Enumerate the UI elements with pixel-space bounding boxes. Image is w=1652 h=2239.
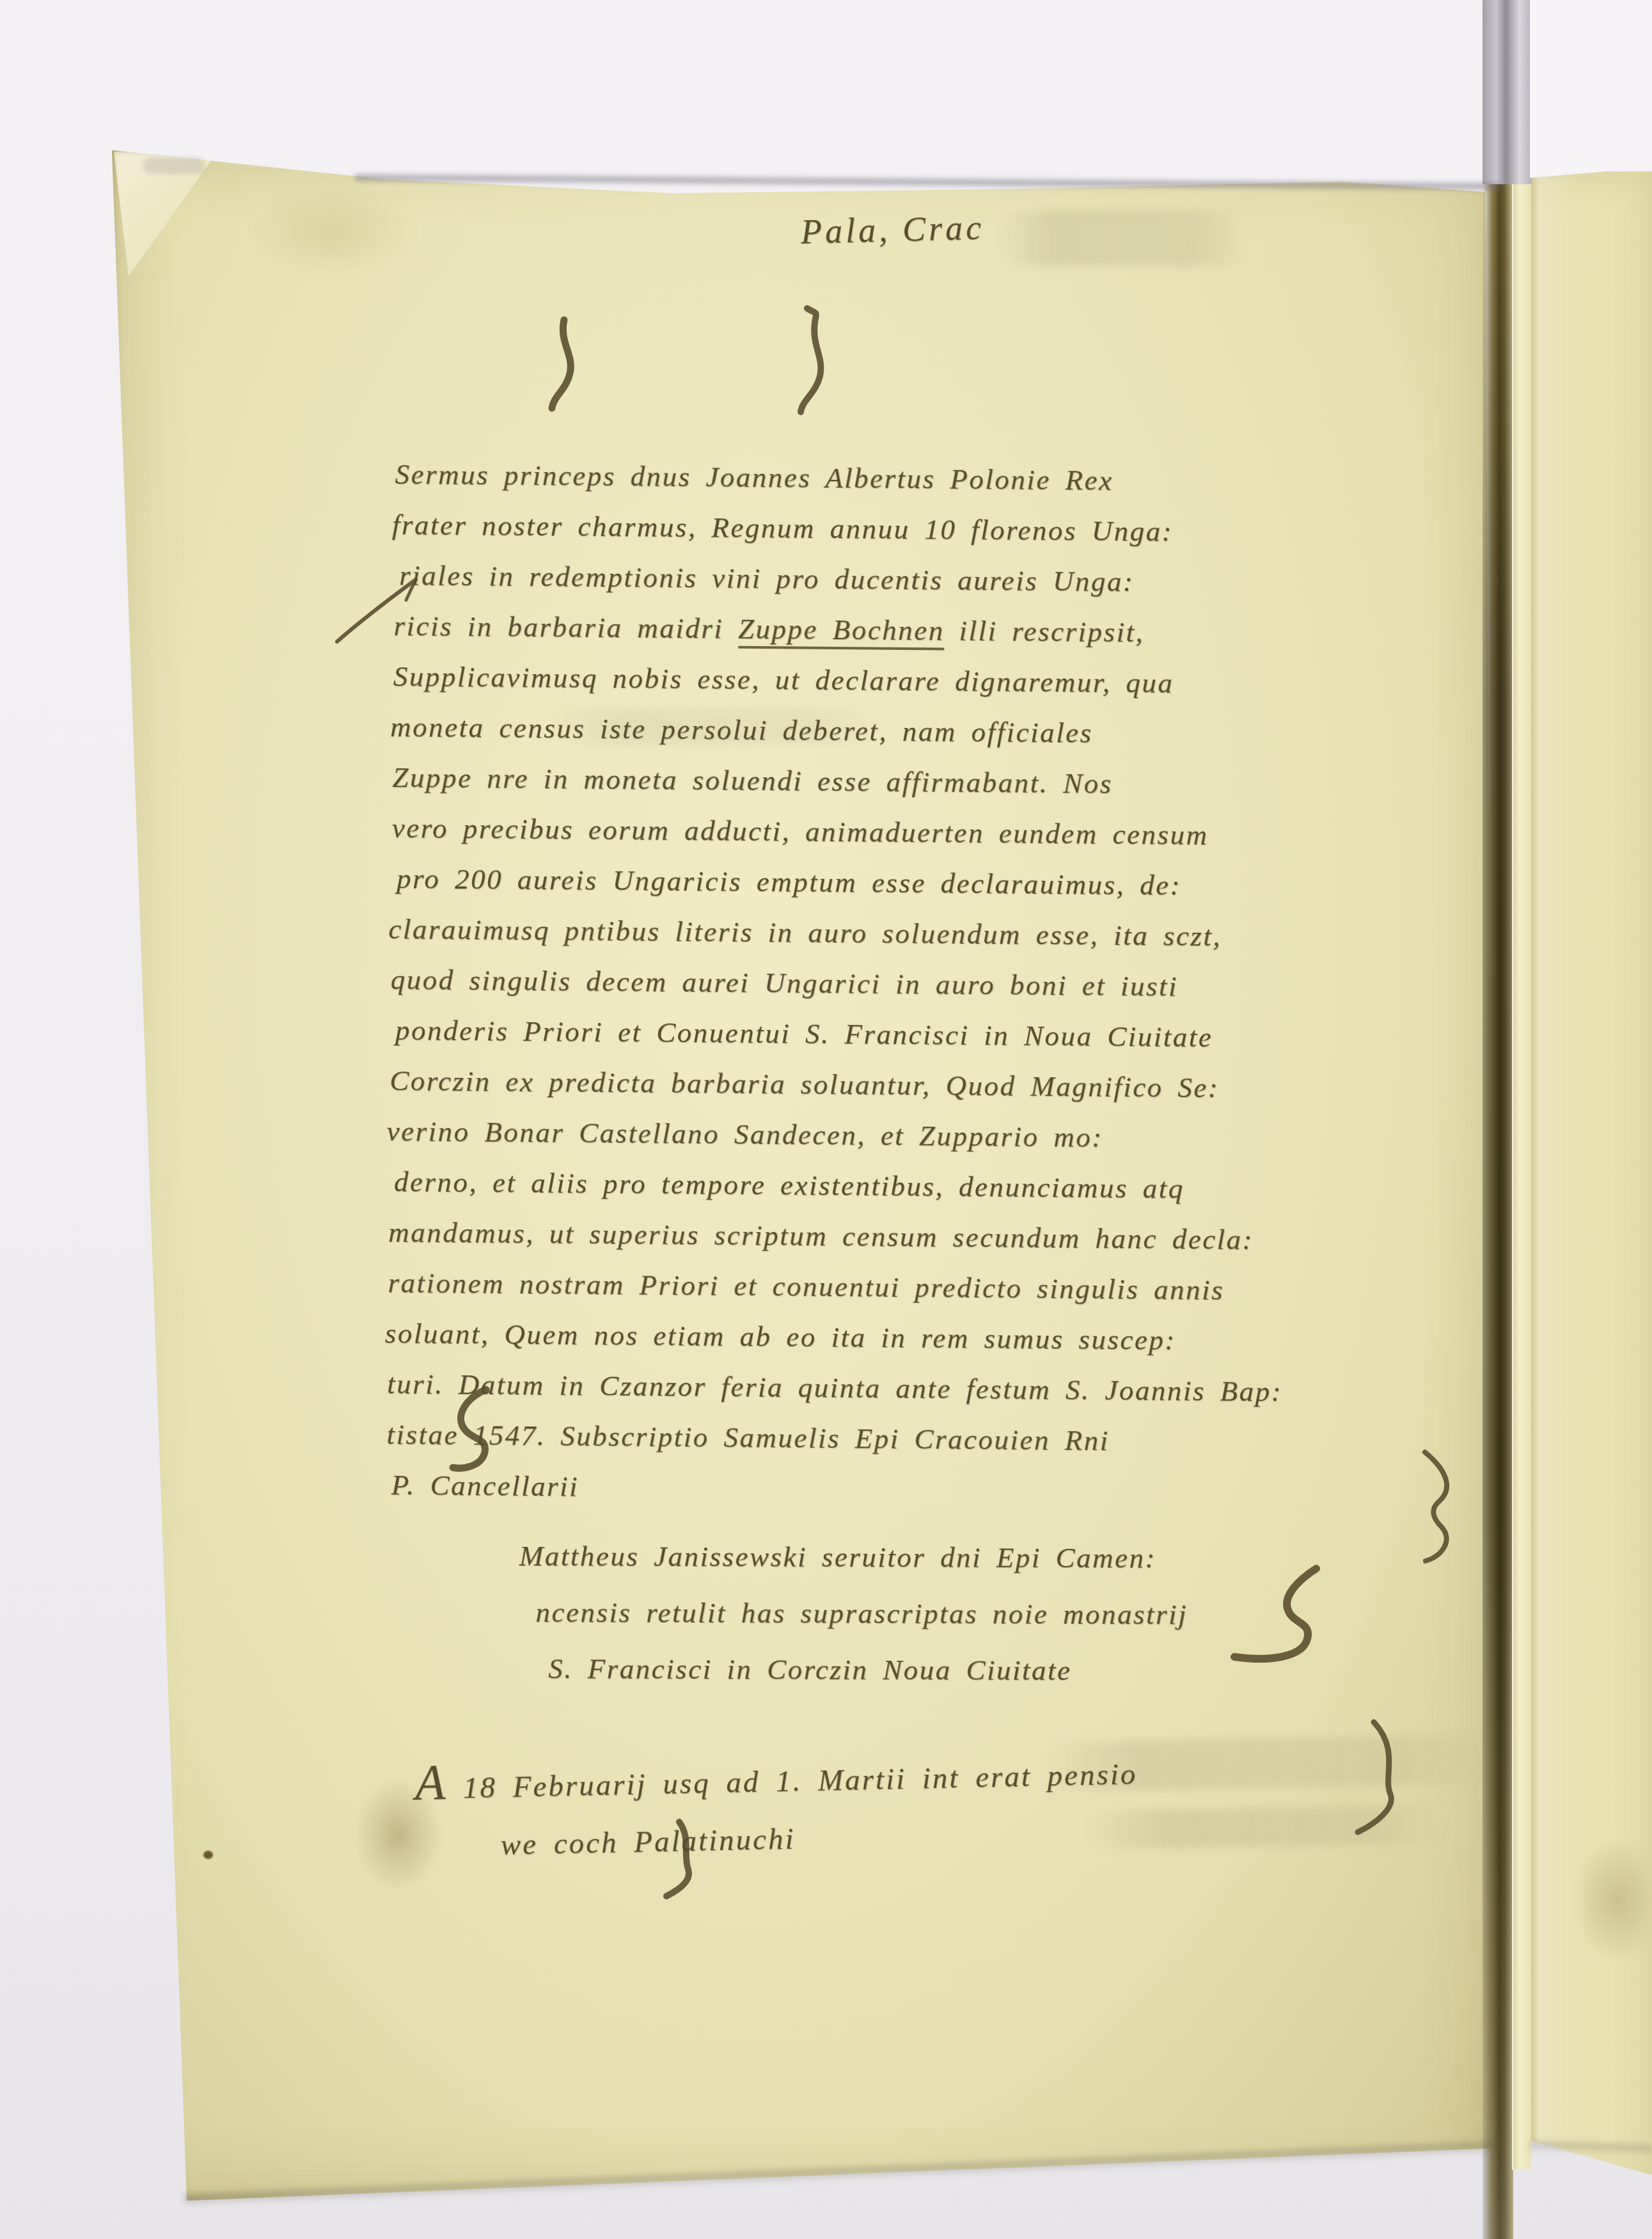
text-line: derno, et aliis pro tempore existentibus…	[394, 1157, 1349, 1215]
plastic-strip-highlight	[1512, 179, 1531, 2170]
line-segment: ncensis retulit has suprascriptas noie m…	[535, 1596, 1188, 1631]
text-line: ncensis retulit has suprascriptas noie m…	[535, 1584, 1427, 1643]
text-line: Corczin ex predicta barbaria soluantur, …	[389, 1056, 1349, 1114]
line-segment: frater noster charmus, Regnum annuu 10 f…	[392, 509, 1174, 548]
text-line: Zuppe nre in moneta soluendi esse affirm…	[392, 752, 1352, 811]
text-line: P. Cancellarii	[391, 1460, 1346, 1519]
line-segment: we coch Palatinuchi	[500, 1823, 796, 1862]
text-line: ponderis Priori et Conuentui S. Francisc…	[395, 1005, 1350, 1064]
line-segment: quod singulis decem aurei Ungarici in au…	[391, 963, 1179, 1002]
text-line: soluant, Quem nos etiam ab eo ita in rem…	[385, 1308, 1348, 1367]
line-segment: derno, et aliis pro tempore existentibus…	[394, 1166, 1184, 1205]
text-line: frater noster charmus, Regnum annuu 10 f…	[392, 500, 1355, 558]
page-heading: Pala, Crac	[800, 208, 984, 252]
text-line: S. Francisci in Corczin Noua Ciuitate	[548, 1640, 1427, 1700]
text-line: verino Bonar Castellano Sandecen, et Zup…	[386, 1106, 1349, 1165]
stain-on-facing-page	[1575, 1837, 1652, 1963]
line-segment: verino Bonar Castellano Sandecen, et Zup…	[386, 1115, 1103, 1153]
line-segment: Corczin ex predicta barbaria soluantur, …	[389, 1064, 1219, 1104]
text-line: mandamus, ut superius scriptum censum se…	[388, 1207, 1348, 1266]
line-segment: clarauimusq pntibus literis in auro solu…	[388, 913, 1222, 952]
main-text-block: Sermus princeps dnus Joannes Albertus Po…	[386, 449, 1355, 1519]
text-line: pro 200 aureis Ungaricis emptum esse dec…	[397, 853, 1351, 912]
text-line: Mattheus Janissewski seruitor dni Epi Ca…	[519, 1528, 1428, 1587]
underlined-phrase: Zuppe Bochnen	[738, 613, 945, 651]
line-segment: pro 200 aureis Ungaricis emptum esse dec…	[397, 862, 1181, 901]
line-segment: illi rescripsit,	[945, 615, 1145, 649]
line-segment: Zuppe nre in moneta soluendi esse affirm…	[392, 761, 1113, 800]
text-line: Sermus princeps dnus Joannes Albertus Po…	[395, 449, 1355, 508]
text-line: tistae 1547. Subscriptio Samuelis Epi Cr…	[386, 1409, 1346, 1468]
text-line: vero precibus eorum adducti, animaduerte…	[391, 803, 1351, 862]
text-line: rationem nostram Priori et conuentui pre…	[388, 1258, 1348, 1317]
delivery-note-block: Mattheus Janissewski seruitor dni Epi Ca…	[519, 1528, 1428, 1700]
text-line: clarauimusq pntibus literis in auro solu…	[388, 904, 1351, 963]
line-segment: turi. Datum in Czanzor feria quinta ante…	[387, 1368, 1282, 1407]
line-segment: S. Francisci in Corczin Noua Ciuitate	[548, 1652, 1071, 1686]
plastic-strip-top	[1483, 0, 1531, 184]
line-segment: tistae 1547. Subscriptio Samuelis Epi Cr…	[386, 1418, 1110, 1457]
binding-gutter	[1483, 179, 1513, 2239]
line-segment: Supplicavimusq nobis esse, ut declarare …	[393, 660, 1174, 699]
line-segment: vero precibus eorum adducti, animaduerte…	[392, 812, 1209, 851]
text-line: riales in redemptionis vini pro ducentis…	[399, 550, 1354, 609]
faint-corner-inscription	[143, 157, 205, 174]
text-line: Supplicavimusq nobis esse, ut declarare …	[393, 651, 1353, 710]
line-segment: ricis in barbaria maidri	[393, 610, 738, 645]
date-note-block: A 18 Februarij usq ad 1. Martii int erat…	[414, 1739, 1414, 1876]
ink-fleck	[203, 1851, 213, 1859]
line-segment: A 18 Februarij usq ad 1. Martii int erat…	[414, 1757, 1137, 1806]
line-segment: ponderis Priori et Conuentui S. Francisc…	[395, 1014, 1213, 1053]
bleedthrough-text-ghost	[998, 211, 1247, 266]
text-line: moneta census iste persolui deberet, nam…	[390, 702, 1353, 761]
line-segment: P. Cancellarii	[391, 1469, 579, 1503]
faint-discoloration	[248, 187, 418, 276]
line-segment: riales in redemptionis vini pro ducentis…	[399, 559, 1135, 597]
line-segment: rationem nostram Priori et conuentui pre…	[388, 1267, 1224, 1306]
text-line: quod singulis decem aurei Ungarici in au…	[390, 954, 1350, 1013]
manuscript-photograph: Pala, Crac Sermus princeps dnus Joannes …	[0, 0, 1652, 2239]
interleaf-sheet	[1530, 0, 1652, 179]
text-line: turi. Datum in Czanzor feria quinta ante…	[387, 1359, 1347, 1418]
line-segment: moneta census iste persolui deberet, nam…	[390, 711, 1093, 749]
text-line: ricis in barbaria maidri Zuppe Bochnen i…	[393, 601, 1353, 660]
line-segment: Mattheus Janissewski seruitor dni Epi Ca…	[519, 1540, 1156, 1574]
line-segment: mandamus, ut superius scriptum censum se…	[388, 1216, 1254, 1256]
line-segment: Sermus princeps dnus Joannes Albertus Po…	[395, 458, 1113, 496]
line-segment: soluant, Quem nos etiam ab eo ita in rem…	[385, 1317, 1176, 1356]
